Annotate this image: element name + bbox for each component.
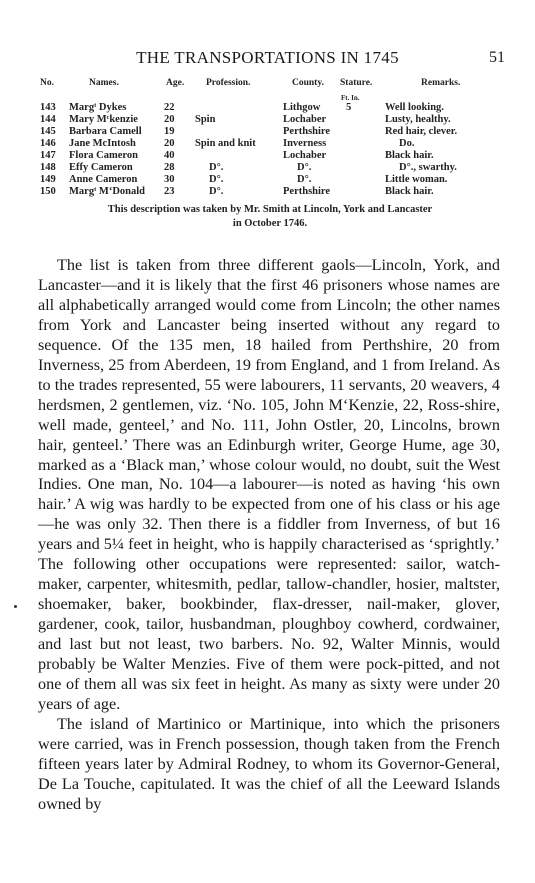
cell-no: 147 xyxy=(40,150,56,162)
cell-age: 23 xyxy=(164,186,175,198)
cell-name: Jane McIntosh xyxy=(69,138,136,150)
cell-no: 144 xyxy=(40,114,56,126)
cell-stature: 5 xyxy=(346,102,351,114)
cell-age: 20 xyxy=(164,138,175,150)
cell-remarks: Black hair. xyxy=(385,150,434,162)
cell-county: D°. xyxy=(283,162,311,174)
cell-age: 22 xyxy=(164,102,175,114)
paragraph: The island of Martinico or Martinique, i… xyxy=(38,715,500,815)
prisoner-table: No. Names. Age. Profession. County. Stat… xyxy=(40,78,510,198)
cell-no: 145 xyxy=(40,126,56,138)
column-header-no: No. xyxy=(40,78,54,88)
margin-mark xyxy=(14,605,17,608)
cell-county: Lithgow xyxy=(283,102,320,114)
column-header-age: Age. xyxy=(166,78,184,88)
cell-profession: Spin xyxy=(195,114,215,126)
column-header-names: Names. xyxy=(89,78,119,88)
cell-remarks: Do. xyxy=(385,138,414,150)
cell-age: 19 xyxy=(164,126,175,138)
caption-line: This description was taken by Mr. Smith … xyxy=(40,203,500,217)
cell-age: 28 xyxy=(164,162,175,174)
cell-county: Perthshire xyxy=(283,186,330,198)
cell-name: Anne Cameron xyxy=(69,174,137,186)
cell-no: 143 xyxy=(40,102,56,114)
cell-county: D°. xyxy=(283,174,311,186)
cell-name: Margᵗ M‘Donald xyxy=(69,186,145,198)
cell-name: Barbara Camell xyxy=(69,126,142,138)
table-row: 144 Mary Mᶜkenzie 20 Spin Lochaber Lusty… xyxy=(40,114,510,126)
cell-name: Mary Mᶜkenzie xyxy=(69,114,138,126)
cell-remarks: Black hair. xyxy=(385,186,434,198)
cell-age: 30 xyxy=(164,174,175,186)
cell-remarks: Well looking. xyxy=(385,102,444,114)
cell-no: 146 xyxy=(40,138,56,150)
paragraph: The list is taken from three different g… xyxy=(38,256,500,715)
cell-county: Inverness xyxy=(283,138,326,150)
column-header-stature: Stature. xyxy=(340,78,372,88)
running-title: THE TRANSPORTATIONS IN 1745 xyxy=(0,48,535,68)
table-header-row: No. Names. Age. Profession. County. Stat… xyxy=(40,78,510,92)
table-row: 149 Anne Cameron 30 D°. D°. Little woman… xyxy=(40,174,510,186)
column-header-county: County. xyxy=(292,78,324,88)
cell-profession: D°. xyxy=(195,186,223,198)
book-page: THE TRANSPORTATIONS IN 1745 51 No. Names… xyxy=(0,0,535,883)
cell-county: Perthshire xyxy=(283,126,330,138)
table-row: 146 Jane McIntosh 20 Spin and knit Inver… xyxy=(40,138,510,150)
table-row: 150 Margᵗ M‘Donald 23 D°. Perthshire Bla… xyxy=(40,186,510,198)
running-head: THE TRANSPORTATIONS IN 1745 51 xyxy=(0,48,535,70)
table-caption: This description was taken by Mr. Smith … xyxy=(40,203,500,231)
table-row: 143 Margᵗ Dykes 22 Lithgow 5 Well lookin… xyxy=(40,102,510,114)
cell-county: Lochaber xyxy=(283,150,326,162)
cell-name: Effy Cameron xyxy=(69,162,133,174)
page-number: 51 xyxy=(489,49,505,67)
cell-no: 150 xyxy=(40,186,56,198)
cell-age: 20 xyxy=(164,114,175,126)
cell-remarks: Little woman. xyxy=(385,174,447,186)
cell-age: 40 xyxy=(164,150,175,162)
table-row: 148 Effy Cameron 28 D°. D°. D°., swarthy… xyxy=(40,162,510,174)
cell-name: Flora Cameron xyxy=(69,150,138,162)
stature-units: Ft. In. xyxy=(341,94,359,102)
table-row: 145 Barbara Camell 19 Perthshire Red hai… xyxy=(40,126,510,138)
cell-no: 149 xyxy=(40,174,56,186)
cell-remarks: D°., swarthy. xyxy=(385,162,457,174)
column-header-profession: Profession. xyxy=(206,78,250,88)
cell-profession: D°. xyxy=(195,174,223,186)
table-row: 147 Flora Cameron 40 Lochaber Black hair… xyxy=(40,150,510,162)
column-header-remarks: Remarks. xyxy=(421,78,460,88)
cell-no: 148 xyxy=(40,162,56,174)
cell-profession: Spin and knit xyxy=(195,138,256,150)
caption-line: in October 1746. xyxy=(40,217,500,231)
cell-county: Lochaber xyxy=(283,114,326,126)
cell-remarks: Red hair, clever. xyxy=(385,126,457,138)
cell-profession: D°. xyxy=(195,162,223,174)
stature-units-row: Ft. In. xyxy=(40,92,510,102)
cell-remarks: Lusty, healthy. xyxy=(385,114,451,126)
body-text: The list is taken from three different g… xyxy=(38,256,500,815)
cell-name: Margᵗ Dykes xyxy=(69,102,126,114)
